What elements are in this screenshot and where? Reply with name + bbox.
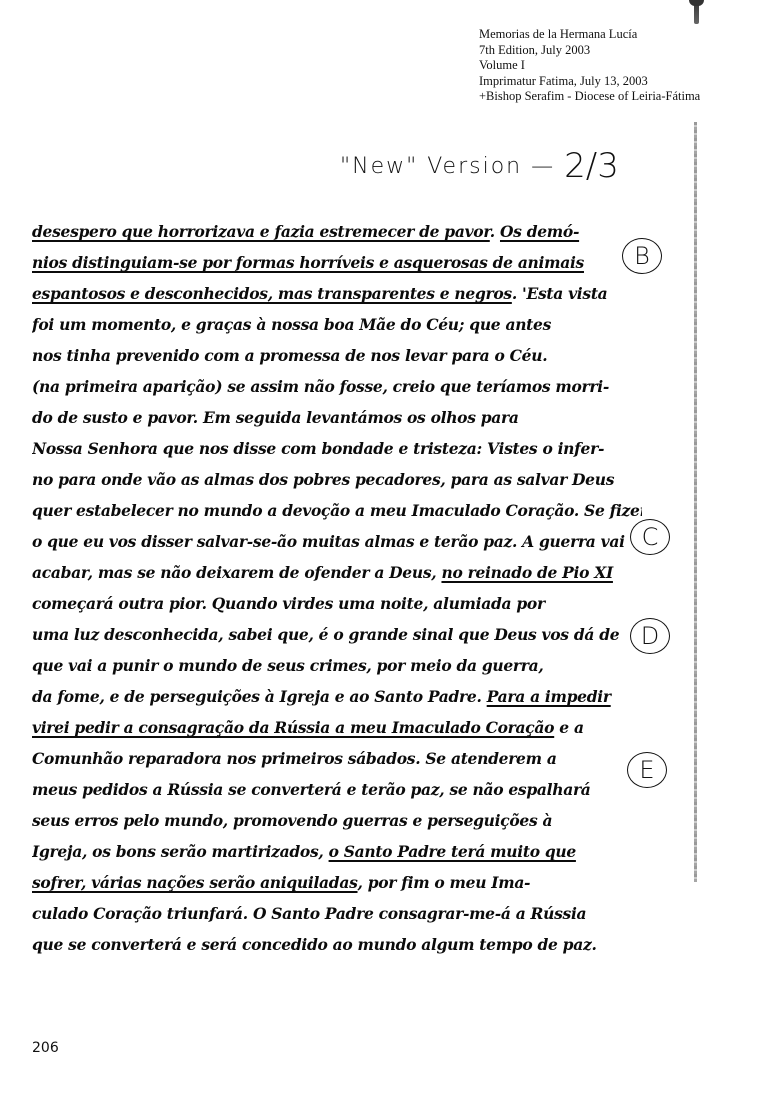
header-volume: Volume I <box>479 58 700 74</box>
scan-edge-line <box>694 122 697 882</box>
manuscript-text: da fome, e de perseguições à Igreja e ao… <box>32 687 487 706</box>
handwritten-manuscript: desespero que horrorizava e fazia estrem… <box>32 216 642 960</box>
manuscript-line: desespero que horrorizava e fazia estrem… <box>32 216 642 247</box>
manuscript-line: espantosos e desconhecidos, mas transpar… <box>32 278 642 309</box>
manuscript-line: Comunhão reparadora nos primeiros sábado… <box>32 743 642 774</box>
manuscript-line: quer estabelecer no mundo a devoção a me… <box>32 495 642 526</box>
page-number: 206 <box>32 1040 59 1056</box>
manuscript-text: . <box>490 222 500 241</box>
manuscript-line: acabar, mas se não deixarem de ofender a… <box>32 557 642 588</box>
circled-marker-e: E <box>627 752 667 788</box>
manuscript-text: o que eu vos disser salvar-se-ão muitas … <box>32 532 625 551</box>
underlined-text: Os demó- <box>500 222 579 241</box>
underlined-text: virei pedir a consagração da Rússia a me… <box>32 718 554 737</box>
manuscript-line: da fome, e de perseguições à Igreja e ao… <box>32 681 642 712</box>
manuscript-text: que vai a punir o mundo de seus crimes, … <box>32 656 544 675</box>
manuscript-text: começará outra pior. Quando virdes uma n… <box>32 594 545 613</box>
circled-marker-c: C <box>630 519 670 555</box>
manuscript-line: Igreja, os bons serão martirizados, o Sa… <box>32 836 642 867</box>
manuscript-line: nos tinha prevenido com a promessa de no… <box>32 340 642 371</box>
manuscript-text: Nossa Senhora que nos disse com bondade … <box>32 439 604 458</box>
version-annotation: "New" Version — 2/3 <box>340 146 619 186</box>
underlined-text: desespero que horrorizava e fazia estrem… <box>32 222 490 241</box>
manuscript-line: seus erros pelo mundo, promovendo guerra… <box>32 805 642 836</box>
manuscript-text: Comunhão reparadora nos primeiros sábado… <box>32 749 557 768</box>
manuscript-text: uma luz desconhecida, sabei que, é o gra… <box>32 625 619 644</box>
manuscript-line: começará outra pior. Quando virdes uma n… <box>32 588 642 619</box>
manuscript-text: que se converterá e será concedido ao mu… <box>32 935 597 954</box>
manuscript-text: culado Coração triunfará. O Santo Padre … <box>32 904 586 923</box>
header-edition: 7th Edition, July 2003 <box>479 43 700 59</box>
manuscript-line: uma luz desconhecida, sabei que, é o gra… <box>32 619 642 650</box>
manuscript-text: e a <box>554 718 584 737</box>
manuscript-line: (na primeira aparição) se assim não foss… <box>32 371 642 402</box>
manuscript-text: (na primeira aparição) se assim não foss… <box>32 377 609 396</box>
manuscript-text: no para onde vão as almas dos pobres pec… <box>32 470 614 489</box>
circled-marker-b: B <box>622 238 662 274</box>
manuscript-text: quer estabelecer no mundo a devoção a me… <box>32 501 642 520</box>
manuscript-text: nos tinha prevenido com a promessa de no… <box>32 346 547 365</box>
manuscript-text: acabar, mas se não deixarem de ofender a… <box>32 563 441 582</box>
manuscript-line: nios distinguiam-se por formas horríveis… <box>32 247 642 278</box>
manuscript-line: meus pedidos a Rússia se converterá e te… <box>32 774 642 805</box>
underlined-text: no reinado de Pio XI <box>441 563 612 582</box>
manuscript-line: o que eu vos disser salvar-se-ão muitas … <box>32 526 642 557</box>
manuscript-text: Igreja, os bons serão martirizados, <box>32 842 329 861</box>
manuscript-text: do de susto e pavor. Em seguida levantám… <box>32 408 519 427</box>
manuscript-text: , por fim o meu Ima- <box>358 873 531 892</box>
header-bishop: +Bishop Serafim - Diocese of Leiria-Fáti… <box>479 89 700 105</box>
header-title: Memorias de la Hermana Lucía <box>479 27 700 43</box>
version-fraction: 2/3 <box>564 146 619 186</box>
manuscript-line: virei pedir a consagração da Rússia a me… <box>32 712 642 743</box>
manuscript-text: seus erros pelo mundo, promovendo guerra… <box>32 811 552 830</box>
underlined-text: nios distinguiam-se por formas horríveis… <box>32 253 584 272</box>
manuscript-text: meus pedidos a Rússia se converterá e te… <box>32 780 591 799</box>
underlined-text: Para a impedir <box>487 687 611 706</box>
underlined-text: o Santo Padre terá muito que <box>329 842 576 861</box>
circled-marker-d: D <box>630 618 670 654</box>
manuscript-line: Nossa Senhora que nos disse com bondade … <box>32 433 642 464</box>
manuscript-line: que se converterá e será concedido ao mu… <box>32 929 642 960</box>
manuscript-text: foi um momento, e graças à nossa boa Mãe… <box>32 315 551 334</box>
manuscript-line: que vai a punir o mundo de seus crimes, … <box>32 650 642 681</box>
manuscript-text: . 'Esta vista <box>512 284 608 303</box>
underlined-text: sofrer, várias nações serão aniquiladas <box>32 873 358 892</box>
header-imprimatur: Imprimatur Fatima, July 13, 2003 <box>479 74 700 90</box>
binding-mark <box>694 0 699 24</box>
manuscript-line: sofrer, várias nações serão aniquiladas,… <box>32 867 642 898</box>
manuscript-line: do de susto e pavor. Em seguida levantám… <box>32 402 642 433</box>
underlined-text: espantosos e desconhecidos, mas transpar… <box>32 284 512 303</box>
manuscript-line: no para onde vão as almas dos pobres pec… <box>32 464 642 495</box>
manuscript-line: culado Coração triunfará. O Santo Padre … <box>32 898 642 929</box>
manuscript-line: foi um momento, e graças à nossa boa Mãe… <box>32 309 642 340</box>
version-label: "New" Version — <box>340 154 555 179</box>
publication-header: Memorias de la Hermana Lucía 7th Edition… <box>479 27 700 105</box>
